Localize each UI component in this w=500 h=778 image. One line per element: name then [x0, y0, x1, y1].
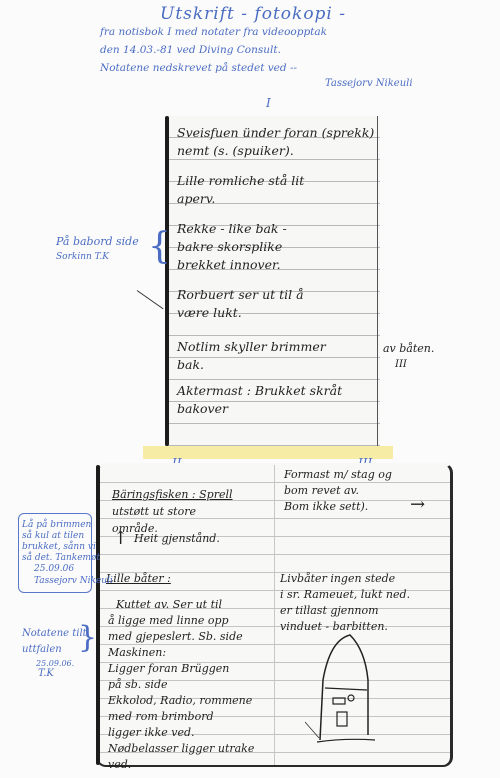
p2-left-line-1: Bäringsfisken : Sprell	[112, 486, 233, 503]
entry-1: Sveisfuen ünder foran (sprekk) nemt (s. …	[177, 124, 374, 160]
boxed-note-line-6: Tassejorv Nikeuli	[34, 576, 113, 587]
notebook-spine-2	[96, 465, 100, 765]
boxed-note-line-4: så det. Tankemøt	[22, 553, 100, 564]
header-title: Utskrift - fotokopi -	[160, 4, 346, 24]
notatene-note-line-1: Notatene tilt	[22, 628, 87, 639]
p2-left-line-16: ved.	[108, 756, 131, 774]
transcription-header: Utskrift - fotokopi - fra notisbok I med…	[100, 0, 460, 100]
p2-left-line-4: Heit gjenstånd.	[134, 530, 220, 548]
entry-4: Rorbuert ser ut til å være lukt.	[177, 286, 304, 322]
boxed-note-line-2: så kul at tilen	[22, 531, 84, 542]
babord-note-line-1: På babord side	[56, 236, 139, 247]
pointer-line	[137, 290, 164, 309]
right-margin-note: av båten.	[383, 340, 434, 358]
brace-icon: {	[148, 226, 171, 267]
header-line-1: fra notisbok I med notater fra videooppt…	[100, 26, 327, 38]
boxed-note-line-3: brukket, sånn vi	[22, 542, 96, 553]
right-margin-mark: III	[395, 356, 407, 374]
signature: Tassejorv Nikeuli	[325, 78, 413, 89]
p2-right-line-3: Bom ikke sett).	[284, 498, 368, 516]
page-label-i: I	[266, 96, 271, 110]
notatene-note-line-2: uttfalen	[22, 644, 62, 655]
header-line-2: den 14.03.-81 ved Diving Consult.	[100, 44, 281, 56]
boxed-note-line-5: 25.09.06	[34, 564, 74, 575]
entry-5: Notlim skyller brimmer bak.	[177, 338, 326, 374]
notebook-spine	[165, 116, 169, 446]
up-arrow-icon: ↑	[113, 528, 128, 549]
p2-left-line-2: utstøtt ut store	[112, 503, 196, 521]
wheelhouse-sketch-icon	[305, 630, 385, 750]
notebook-page-1: Sveisfuen ünder foran (sprekk) nemt (s. …	[165, 116, 380, 446]
p2-left-line-5: Lille båter :	[106, 570, 171, 588]
entry-6: Aktermast : Brukket skråt bakover	[177, 382, 342, 418]
entry-2: Lille romliche stå lit aperv.	[177, 172, 304, 208]
right-arrow-icon: →	[410, 494, 425, 515]
entry-3: Rekke - like bak - bakre skorsplike brek…	[177, 220, 287, 274]
margin-line	[377, 116, 378, 446]
brace-icon-2: }	[78, 620, 97, 655]
page-divider	[274, 465, 275, 765]
header-line-3: Notatene nedskrevet på stedet ved --	[100, 62, 297, 74]
babord-note-line-2: Sorkinn T.K	[56, 252, 109, 263]
notatene-note-line-4: T.K	[38, 668, 54, 679]
boxed-note-line-1: Lå på brimmen	[22, 520, 91, 531]
